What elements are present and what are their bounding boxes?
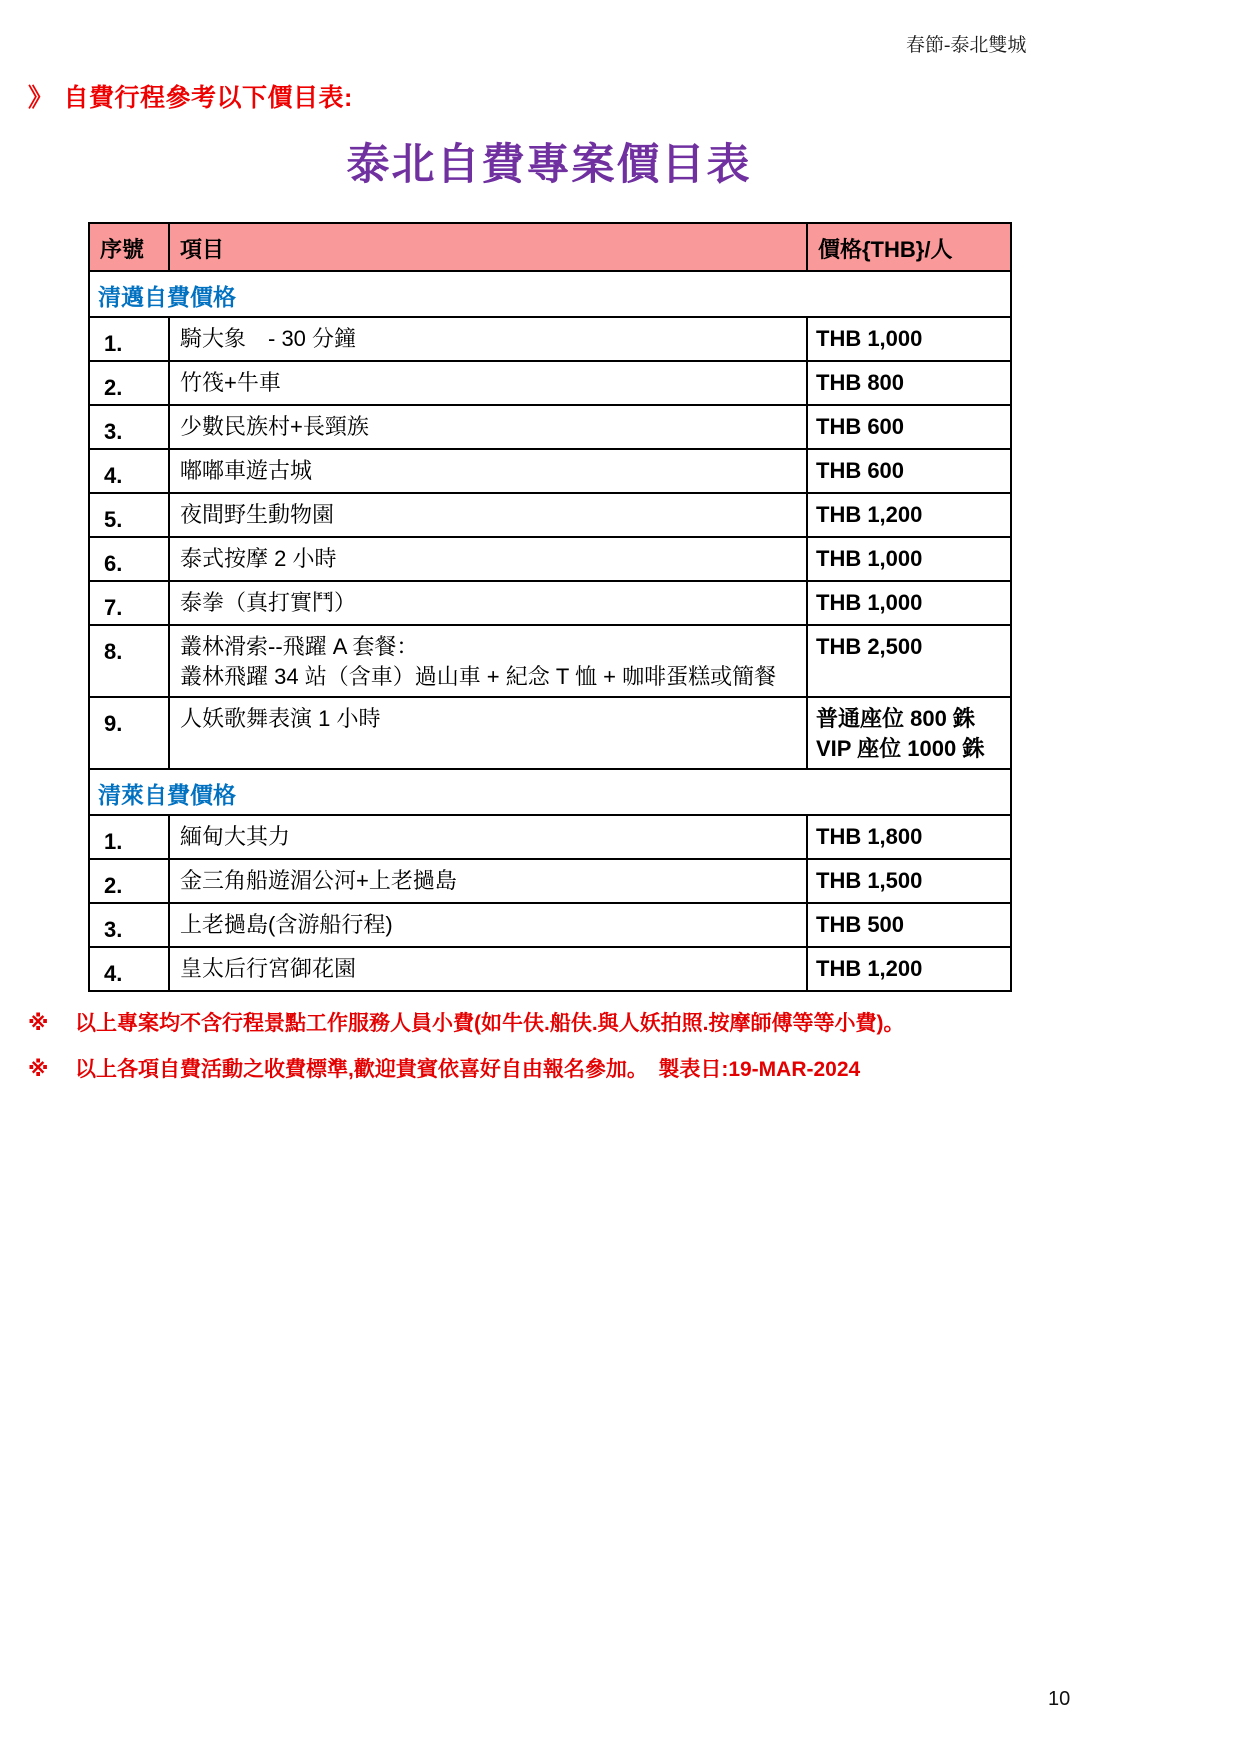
- reference-mark-icon: ※: [28, 1056, 75, 1083]
- row-number: 3.: [89, 405, 169, 449]
- col-header-no: 序號: [89, 223, 169, 271]
- row-item: 皇太后行宮御花園: [169, 947, 807, 991]
- row-number: 1.: [89, 815, 169, 859]
- table-header-row: 序號 項目 價格{THB}/人: [89, 223, 1011, 271]
- document-page: 春節-泰北雙城 》自費行程參考以下價目表: 泰北自費專案價目表 序號 項目 價格…: [0, 0, 1241, 1755]
- table-row: 3. 上老撾島(含游船行程) THB 500: [89, 903, 1011, 947]
- table-row: 7. 泰拳（真打實鬥） THB 1,000: [89, 581, 1011, 625]
- row-item: 泰拳（真打實鬥）: [169, 581, 807, 625]
- row-number: 2.: [89, 859, 169, 903]
- row-item: 騎大象 - 30 分鐘: [169, 317, 807, 361]
- footnote: ※以上專案均不含行程景點工作服務人員小費(如牛伕.船伕.與人妖拍照.按摩師傅等等…: [28, 1010, 1028, 1037]
- row-price: THB 2,500: [807, 625, 1011, 697]
- row-item: 緬甸大其力: [169, 815, 807, 859]
- table-row: 2. 竹筏+牛車 THB 800: [89, 361, 1011, 405]
- section-heading: 》自費行程參考以下價目表:: [28, 78, 353, 114]
- row-number: 4.: [89, 947, 169, 991]
- table-row: 3. 少數民族村+長頸族 THB 600: [89, 405, 1011, 449]
- row-price: THB 1,000: [807, 537, 1011, 581]
- table-row: 9. 人妖歌舞表演 1 小時 普通座位 800 銖 VIP 座位 1000 銖: [89, 697, 1011, 769]
- row-price: THB 1,000: [807, 581, 1011, 625]
- row-number: 2.: [89, 361, 169, 405]
- price-table: 序號 項目 價格{THB}/人 清邁自費價格 1. 騎大象 - 30 分鐘 TH…: [88, 222, 1012, 992]
- footnote: ※以上各項自費活動之收費標準,歡迎貴賓依喜好自由報名參加。 製表日:19-MAR…: [28, 1056, 1028, 1083]
- table-row: 2. 金三角船遊湄公河+上老撾島 THB 1,500: [89, 859, 1011, 903]
- reference-mark-icon: ※: [28, 1010, 75, 1037]
- table-row: 6. 泰式按摩 2 小時 THB 1,000: [89, 537, 1011, 581]
- row-number: 5.: [89, 493, 169, 537]
- row-item: 竹筏+牛車: [169, 361, 807, 405]
- row-item: 嘟嘟車遊古城: [169, 449, 807, 493]
- table-row: 1. 緬甸大其力 THB 1,800: [89, 815, 1011, 859]
- row-price: THB 1,800: [807, 815, 1011, 859]
- row-price: THB 600: [807, 405, 1011, 449]
- section-header-label: 清萊自費價格: [89, 769, 1011, 815]
- row-number: 3.: [89, 903, 169, 947]
- row-price: THB 1,000: [807, 317, 1011, 361]
- row-price: THB 1,200: [807, 493, 1011, 537]
- footnote-text: 以上專案均不含行程景點工作服務人員小費(如牛伕.船伕.與人妖拍照.按摩師傅等等小…: [75, 1012, 905, 1035]
- table-row: 4. 皇太后行宮御花園 THB 1,200: [89, 947, 1011, 991]
- row-number: 4.: [89, 449, 169, 493]
- row-price: THB 1,200: [807, 947, 1011, 991]
- row-item: 叢林滑索--飛躍 A 套餐： 叢林飛躍 34 站（含車）過山車 + 紀念 T 恤…: [169, 625, 807, 697]
- footnote-text: 以上各項自費活動之收費標準,歡迎貴賓依喜好自由報名參加。 製表日:19-MAR-…: [75, 1058, 860, 1081]
- row-number: 1.: [89, 317, 169, 361]
- col-header-price: 價格{THB}/人: [807, 223, 1011, 271]
- row-price: THB 500: [807, 903, 1011, 947]
- row-number: 7.: [89, 581, 169, 625]
- row-item: 上老撾島(含游船行程): [169, 903, 807, 947]
- chevron-marker-icon: 》: [28, 84, 54, 112]
- row-item: 金三角船遊湄公河+上老撾島: [169, 859, 807, 903]
- page-number: 10: [1048, 1688, 1070, 1711]
- section-header-label: 清邁自費價格: [89, 271, 1011, 317]
- row-item: 夜間野生動物園: [169, 493, 807, 537]
- row-price: THB 800: [807, 361, 1011, 405]
- document-header-right: 春節-泰北雙城: [906, 30, 1206, 57]
- table-title: 泰北自費專案價目表: [88, 131, 1010, 192]
- table-row: 4. 嘟嘟車遊古城 THB 600: [89, 449, 1011, 493]
- row-number: 8.: [89, 625, 169, 697]
- section-header-chiangrai: 清萊自費價格: [89, 769, 1011, 815]
- row-price: THB 600: [807, 449, 1011, 493]
- col-header-item: 項目: [169, 223, 807, 271]
- row-price: THB 1,500: [807, 859, 1011, 903]
- section-header-chiangmai: 清邁自費價格: [89, 271, 1011, 317]
- table-row: 8. 叢林滑索--飛躍 A 套餐： 叢林飛躍 34 站（含車）過山車 + 紀念 …: [89, 625, 1011, 697]
- row-item: 少數民族村+長頸族: [169, 405, 807, 449]
- table-row: 5. 夜間野生動物園 THB 1,200: [89, 493, 1011, 537]
- section-heading-text: 自費行程參考以下價目表:: [64, 84, 353, 112]
- row-number: 9.: [89, 697, 169, 769]
- row-price: 普通座位 800 銖 VIP 座位 1000 銖: [807, 697, 1011, 769]
- row-item: 人妖歌舞表演 1 小時: [169, 697, 807, 769]
- row-number: 6.: [89, 537, 169, 581]
- table-row: 1. 騎大象 - 30 分鐘 THB 1,000: [89, 317, 1011, 361]
- row-item: 泰式按摩 2 小時: [169, 537, 807, 581]
